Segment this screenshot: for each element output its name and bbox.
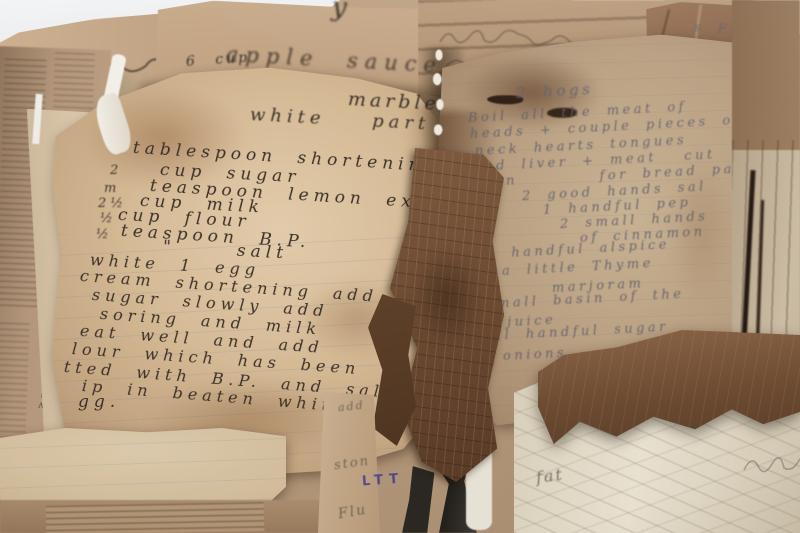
bottom-newspaper-strip [46,502,264,533]
purple-stamp: LTT [362,472,405,490]
photo-old-recipe-pages: egg, powd with 2 tabl ½ cup 2 tabl C cin… [0,0,800,533]
white-torn-scallops [430,44,448,154]
margin-quantity: ½ [96,227,109,242]
handwriting-partial-word: y [331,0,353,23]
pencil-fragment: add [337,399,365,415]
dark-torn-edge [538,330,800,454]
illegible-handwriting [740,450,800,480]
recipe-line: gg. [78,392,120,412]
handwriting-fat: fat [535,465,565,487]
margin-quantity: ½ [100,211,113,226]
crack-texture [538,330,800,454]
margin-quantity: 2 [110,163,118,178]
dark-blotch [413,248,481,348]
margin-quantity: m [104,181,116,196]
newspaper-print-column [0,322,29,441]
strip-brown [732,0,800,160]
dark-torn-edge-wrap [538,330,800,454]
